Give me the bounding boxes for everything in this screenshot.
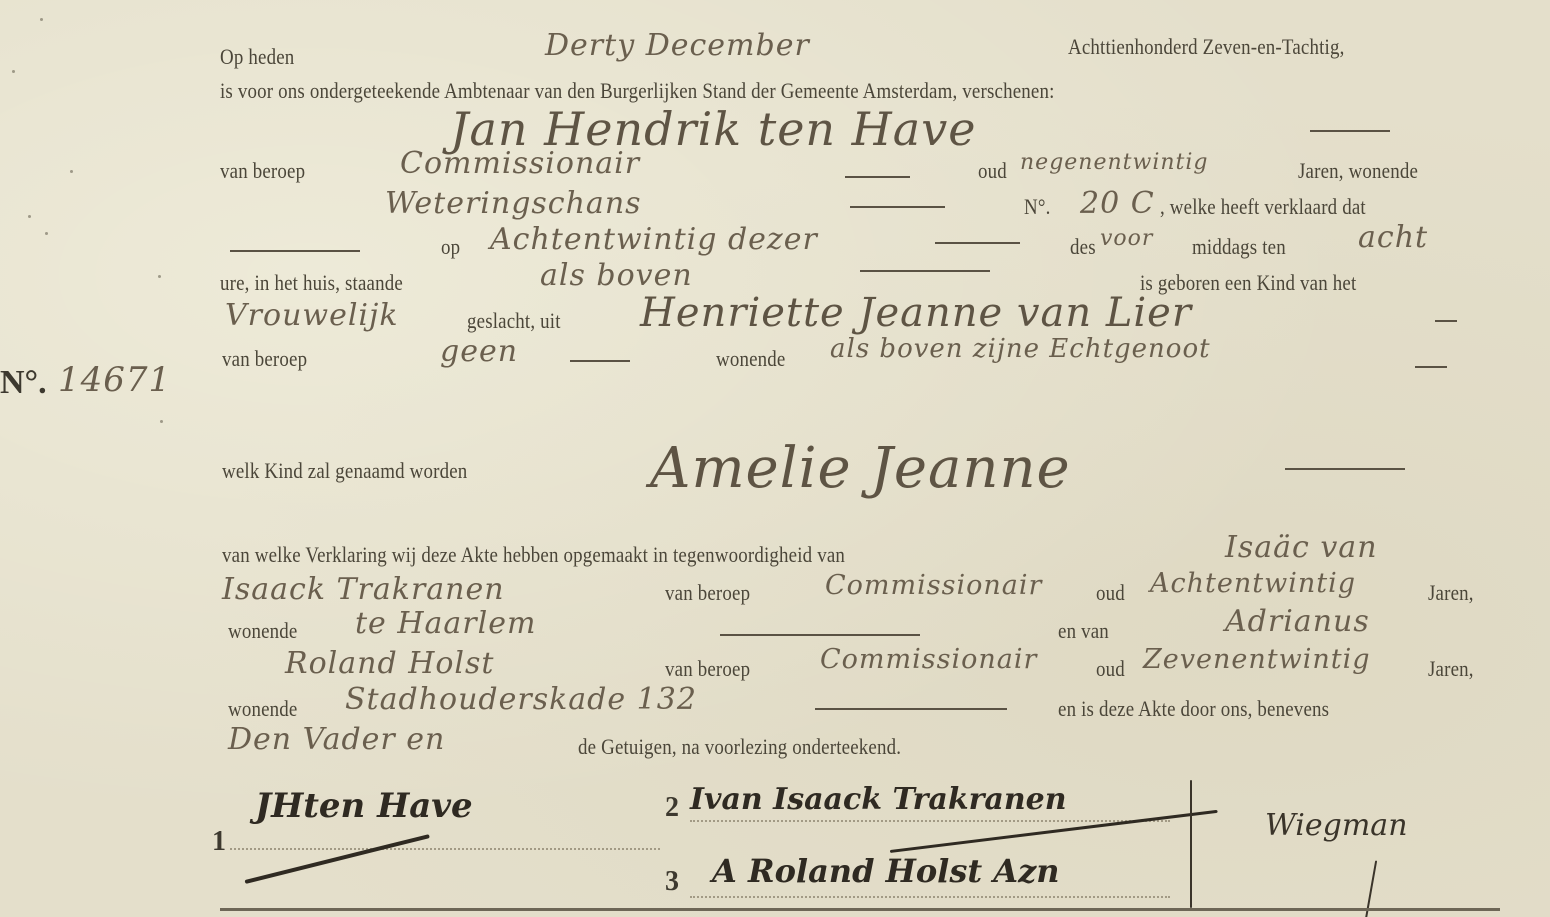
printed-middags-ten: middags ten: [1192, 234, 1286, 260]
printed-no-label: N°.: [1024, 194, 1050, 220]
signature-line-1: [230, 848, 660, 850]
printed-geslacht-uit: geslacht, uit: [467, 308, 561, 334]
printed-oud-2: oud: [1096, 580, 1125, 606]
signature-1: JHten Have: [255, 786, 473, 826]
signature-number-2: 2: [665, 792, 679, 824]
paper-speck: [28, 215, 31, 218]
witness2-residence: Stadhouderskade 132: [345, 682, 697, 717]
mother-residence: als boven zijne Echtgenoot: [830, 334, 1211, 364]
witness1-name-part2: Isaack Trakranen: [222, 572, 505, 607]
signature-line-2: [690, 820, 1170, 822]
printed-akte-door-ons: en is deze Akte door ons, benevens: [1058, 696, 1329, 722]
printed-op: op: [441, 234, 460, 260]
handwritten-date: Derty December: [545, 28, 810, 63]
also-signed-by: Den Vader en: [228, 722, 445, 757]
birth-hour: acht: [1358, 220, 1428, 255]
fill-dash: [815, 708, 1007, 710]
witness1-age: Achtentwintig: [1150, 568, 1356, 599]
printed-kind-genaamd: welk Kind zal genaamd worden: [222, 458, 467, 484]
fill-dash: [1415, 366, 1447, 368]
signature-bracket: [1190, 780, 1192, 908]
record-number-value: 14671: [58, 360, 171, 400]
child-sex: Vrouwelijk: [225, 298, 399, 333]
fill-dash: [230, 250, 360, 252]
paper-speck: [70, 170, 73, 173]
signature-number-3: 3: [665, 866, 679, 898]
declarant-age: negenentwintig: [1020, 150, 1209, 175]
printed-jaren-2: Jaren,: [1428, 656, 1474, 682]
printed-wonende-2: wonende: [228, 618, 298, 644]
bottom-rule: [220, 908, 1500, 911]
witness2-occupation: Commissionair: [820, 644, 1037, 675]
fill-dash: [860, 270, 990, 272]
fill-dash: [850, 206, 945, 208]
printed-wonende-1: wonende: [716, 346, 786, 372]
mother-name: Henriette Jeanne van Lier: [640, 290, 1192, 336]
mother-occupation: geen: [440, 334, 518, 369]
witness2-name-part2: Roland Holst: [285, 646, 494, 681]
printed-van-beroep-2: van beroep: [222, 346, 307, 372]
declarant-street: Weteringschans: [385, 186, 642, 221]
printed-year: Achttienhonderd Zeven-en-Tachtig,: [1068, 34, 1344, 60]
printed-intro: is voor ons ondergeteekende Ambtenaar va…: [220, 78, 1055, 104]
birth-day: Achtentwintig dezer: [490, 222, 818, 257]
printed-van-beroep-3: van beroep: [665, 580, 750, 606]
witness2-age: Zevenentwintig: [1143, 644, 1370, 675]
printed-verklaring: van welke Verklaring wij deze Akte hebbe…: [222, 542, 845, 568]
official-signature: Wiegman: [1265, 808, 1408, 843]
declarant-house-number: 20 C: [1080, 186, 1155, 221]
paper-speck: [160, 420, 163, 423]
child-name: Amelie Jeanne: [650, 436, 1071, 501]
printed-jaren-1: Jaren,: [1428, 580, 1474, 606]
paper-speck: [12, 70, 15, 73]
printed-welke-heeft: , welke heeft verklaard dat: [1160, 194, 1366, 220]
printed-des: des: [1070, 234, 1096, 260]
signature-line-3: [690, 896, 1170, 898]
printed-jaren-wonende: Jaren, wonende: [1298, 158, 1418, 184]
fill-dash: [720, 634, 920, 636]
printed-getuigen: de Getuigen, na voorlezing onderteekend.: [578, 734, 901, 760]
witness1-name-part1: Isaäc van: [1225, 530, 1378, 565]
printed-en-van: en van: [1058, 618, 1109, 644]
signature-number-1: 1: [212, 826, 226, 858]
paper-speck: [158, 275, 161, 278]
fill-dash: [1435, 320, 1457, 322]
paper-speck: [40, 18, 43, 21]
signature-2: Ivan Isaack Trakranen: [690, 782, 1067, 817]
birth-part-of-day: voor: [1100, 226, 1153, 251]
witness2-name-part1: Adrianus: [1225, 604, 1370, 639]
signature-3: A Roland Holst Azn: [712, 852, 1060, 890]
birth-house: als boven: [540, 258, 693, 293]
printed-oud-3: oud: [1096, 656, 1125, 682]
fill-dash: [570, 360, 630, 362]
witness1-residence: te Haarlem: [355, 606, 536, 641]
printed-van-beroep-1: van beroep: [220, 158, 305, 184]
record-number-label: N°.: [0, 364, 47, 402]
declarant-occupation: Commissionair: [400, 146, 640, 181]
printed-oud-1: oud: [978, 158, 1007, 184]
printed-van-beroep-4: van beroep: [665, 656, 750, 682]
signature-flourish: [245, 834, 430, 884]
paper-speck: [45, 232, 48, 235]
fill-dash: [1310, 130, 1390, 132]
fill-dash: [935, 242, 1020, 244]
fill-dash: [1285, 468, 1405, 470]
fill-dash: [845, 176, 910, 178]
printed-ure-huis: ure, in het huis, staande: [220, 270, 403, 296]
printed-wonende-3: wonende: [228, 696, 298, 722]
witness1-occupation: Commissionair: [825, 570, 1042, 601]
printed-op-heden: Op heden: [220, 44, 294, 70]
